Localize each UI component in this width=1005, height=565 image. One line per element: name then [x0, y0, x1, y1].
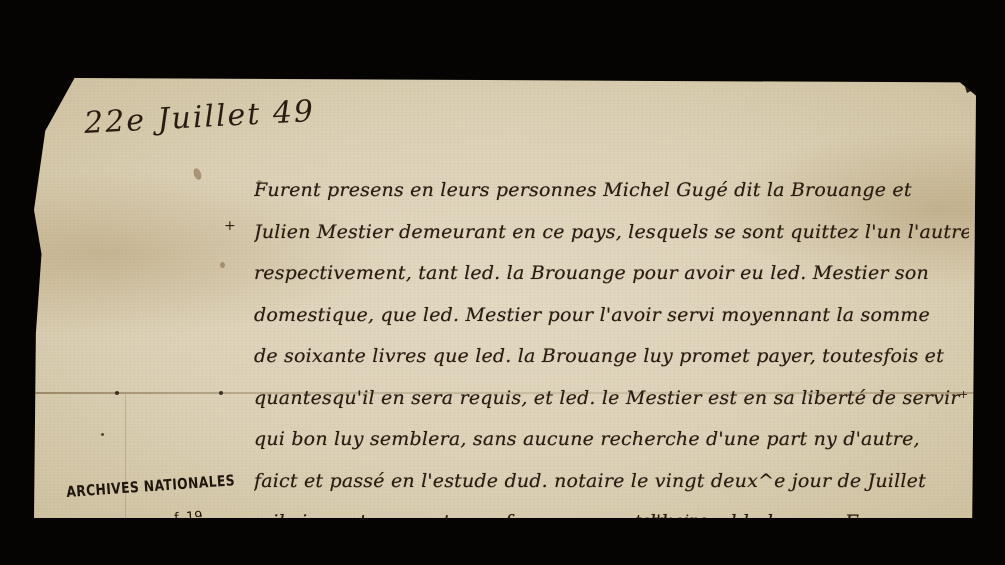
- manuscript-line-3: respectivement, tant led. la Brouange po…: [254, 253, 969, 295]
- manuscript-line-4: domestique, que led. Mestier pour l'avoi…: [254, 295, 969, 337]
- margin-mark: +: [224, 218, 236, 234]
- document-viewer: 22e Juillet 49 Furent presens en leurs p…: [0, 0, 1005, 565]
- manuscript-line-8: faict et passé en l'estude dud. notaire …: [254, 461, 969, 503]
- manuscript-line-2: Julien Mestier demeurant en ce pays, les…: [254, 212, 969, 254]
- ink-stain: [115, 391, 119, 395]
- ink-stain: [219, 391, 223, 395]
- manuscript-line-6: quantesqu'il en sera requis, et led. le …: [254, 378, 969, 420]
- archives-stamp-folio: f. 19: [174, 509, 203, 519]
- ink-stain: [220, 262, 225, 268]
- manuscript-line-7: qui bon luy semblera, sans aucune recher…: [254, 419, 969, 461]
- fold-crease-vertical: [125, 394, 126, 518]
- archives-stamp: ARCHIVES NATIONALES: [66, 471, 236, 501]
- manuscript-line-cut-off: … tesmoins …: [614, 510, 729, 518]
- torn-corner: [964, 84, 974, 93]
- manuscript-body: Furent presens en leurs personnes Michel…: [254, 170, 969, 544]
- manuscript-line-5: de soixante livres que led. la Brouange …: [254, 336, 969, 378]
- manuscript-line-9: mil six cent quarante neuf en presence d…: [254, 502, 969, 544]
- date-heading: 22e Juillet 49: [83, 94, 316, 141]
- ink-stain: [192, 167, 203, 181]
- margin-mark: +: [959, 388, 968, 401]
- manuscript-page: 22e Juillet 49 Furent presens en leurs p…: [34, 78, 976, 518]
- manuscript-line-1: Furent presens en leurs personnes Michel…: [254, 170, 969, 212]
- ink-stain: [101, 433, 104, 436]
